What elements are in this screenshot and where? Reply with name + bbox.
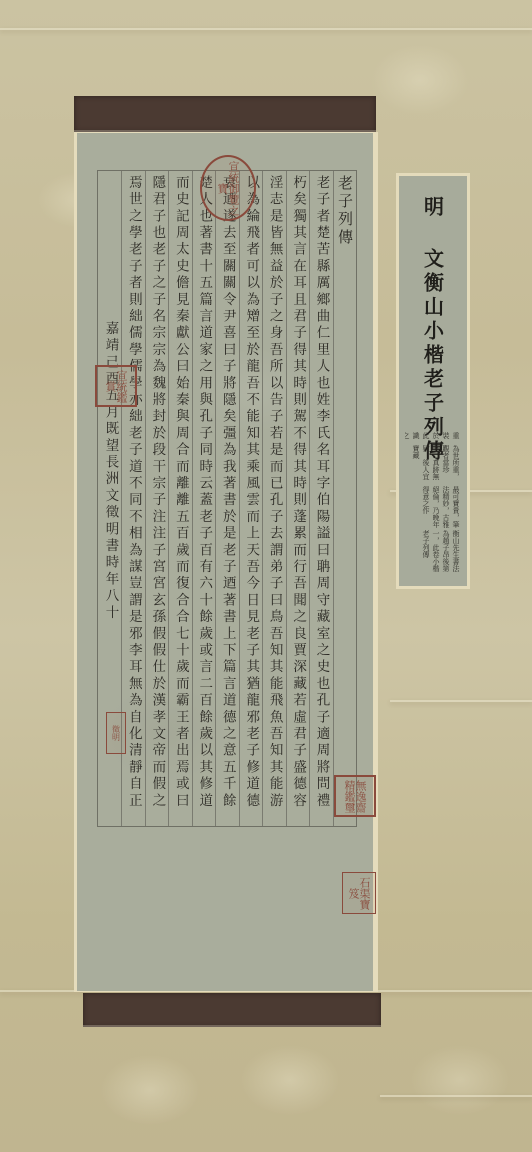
inscription-line: 重裝於此識之 — [405, 432, 461, 444]
text-column: 淫志是皆無益於子之身吾所以告子若是而已孔子去謂弟子曰鳥吾知其能飛魚吾知其能游獸吾… — [262, 171, 285, 826]
top-roller — [74, 96, 376, 132]
square-seal-left: 宣統鑑賞 — [95, 365, 137, 407]
inscription-line: 衡山先生書法為趙子昂後第一，此卷小楷老子列傳 — [405, 530, 461, 572]
bottom-roller — [83, 993, 381, 1027]
title-label-strip: 明 文衡山小楷老子列傳 衡山先生書法為趙子昂後第一，此卷小楷老子列傳 最可寶貴，… — [399, 176, 467, 586]
label-title: 明 文衡山小楷老子列傳 — [419, 196, 448, 464]
text-column: 老子者楚苦縣厲鄉曲仁里人也姓李氏名耳字伯陽謚曰聃周守藏室之史也孔子適周將問禮於老… — [309, 171, 332, 826]
fold-line — [380, 1095, 532, 1097]
calligraphy-paper: 老子列傳 老子者楚苦縣厲鄉曲仁里人也姓李氏名耳字伯陽謚曰聃周守藏室之史也孔子適周… — [77, 133, 373, 991]
text-column: 以為綸飛者可以為矰至於龍吾不能知其乘風雲而上天吾今日見老子其猶龍邪老子修道德其學… — [239, 171, 262, 826]
text-column: 衰迺遂去至關關令尹喜曰子將隱矣彊為我著書於是老子迺著書上下篇言道德之意五千餘言而… — [215, 171, 238, 826]
oval-collector-seal: 宣統御覽之寶 — [200, 155, 256, 221]
text-column-title: 老子列傳 — [333, 171, 356, 826]
text-column: 而史記周太史儋見秦獻公曰始秦與周合而離離五百歲而復合合七十歲而霸王者出焉或曰儋即… — [168, 171, 191, 826]
ruled-grid: 老子列傳 老子者楚苦縣厲鄉曲仁里人也姓李氏名耳字伯陽謚曰聃周守藏室之史也孔子適周… — [97, 170, 357, 827]
fold-line — [390, 700, 532, 702]
fold-line — [0, 28, 532, 30]
inscription-line: 為世所重，觀者當珍之，真跡無疑，後人宜寶藏 — [405, 445, 461, 486]
label-inscription: 衡山先生書法為趙子昂後第一，此卷小楷老子列傳 最可寶貴，筆法精妙，古雅絕倫，乃晚… — [405, 432, 461, 572]
text-column: 隱君子也老子之子名宗宗為魏將封於段干宗子注注子宮宮玄孫假假仕於漢孝文帝而假之子解… — [145, 171, 168, 826]
text-column: 朽矣獨其言在耳且君子得其時則駕不得其時則蓬累而行吾聞之良賈深藏若虛君子盛德容貌若… — [286, 171, 309, 826]
square-seal-right-upper: 無逸齋精鑑璽 — [334, 775, 376, 817]
square-seal-right-lower: 石渠寶笈 — [342, 872, 376, 914]
small-artist-seal: 徵明 — [106, 712, 126, 754]
inscription-line: 最可寶貴，筆法精妙，古雅絕倫，乃晚年得意之作 — [405, 486, 461, 528]
text-column: 楚人也著書十五篇言道家之用與孔子同時云蓋老子百有六十餘歲或言二百餘歲以其修道而養… — [192, 171, 215, 826]
